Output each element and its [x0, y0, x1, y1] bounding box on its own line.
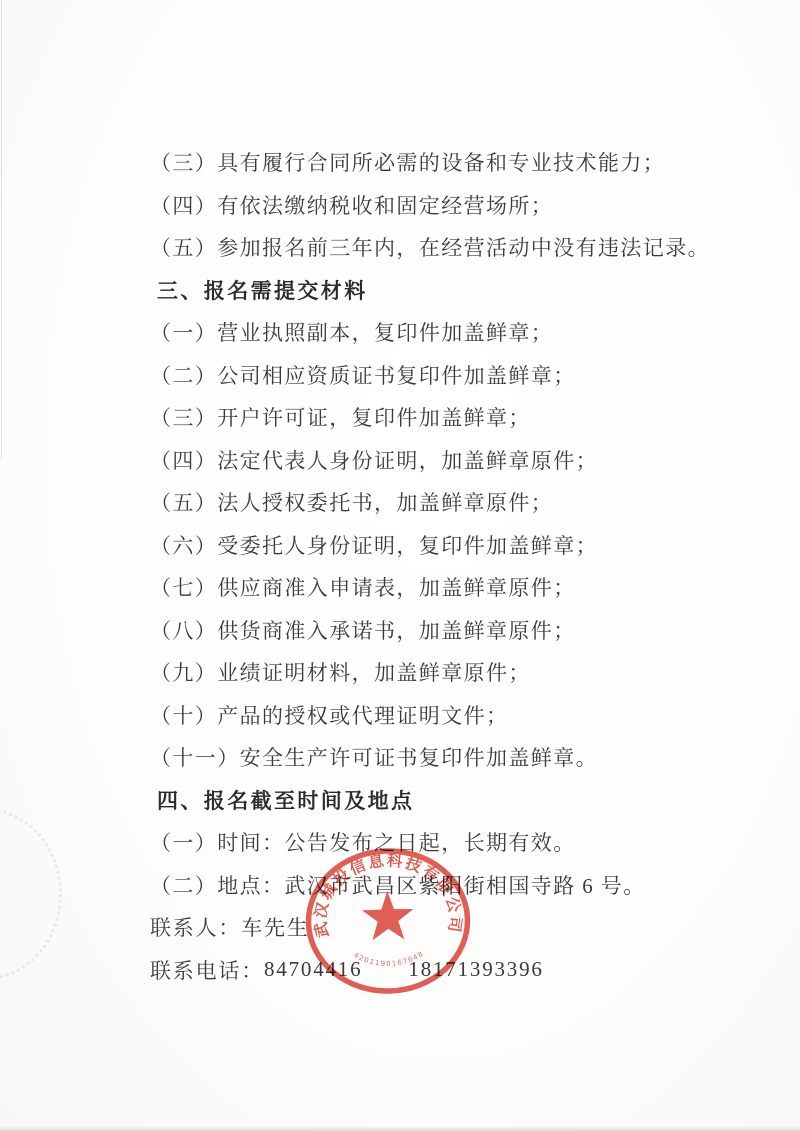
- list-item: （三）开户许可证，复印件加盖鲜章；: [150, 396, 790, 439]
- list-item: （七）供应商准入申请表，加盖鲜章原件；: [150, 566, 790, 609]
- contact-phone-label: 联系电话：: [150, 955, 264, 985]
- svg-text:4201190167648: 4201190167648: [352, 949, 426, 969]
- seal-star-icon: [362, 890, 415, 940]
- official-red-seal: 武汉城投信息科技有限公司 4201190167648: [300, 843, 476, 999]
- scanned-document-page: （三）具有履行合同所必需的设备和专业技术能力； （四）有依法缴纳税收和固定经营场…: [0, 0, 800, 1131]
- list-item: （五）法人授权委托书，加盖鲜章原件；: [150, 481, 790, 524]
- scan-edge-artifact: [0, 1126, 800, 1131]
- list-item: （十一）安全生产许可证书复印件加盖鲜章。: [150, 736, 790, 779]
- list-item: （三）具有履行合同所必需的设备和专业技术能力；: [150, 141, 790, 184]
- list-item: （一）营业执照副本，复印件加盖鲜章；: [150, 311, 790, 354]
- list-item: （十）产品的授权或代理证明文件；: [150, 694, 790, 737]
- seal-registration-code: 4201190167648: [352, 949, 426, 969]
- list-item: （二）公司相应资质证书复印件加盖鲜章；: [150, 354, 790, 397]
- seal-graphic: 武汉城投信息科技有限公司 4201190167648: [300, 843, 476, 999]
- list-item: （九）业绩证明材料，加盖鲜章原件；: [150, 651, 790, 694]
- list-item: （四）有依法缴纳税收和固定经营场所；: [150, 184, 790, 227]
- list-item: （四）法定代表人身份证明，加盖鲜章原件；: [150, 439, 790, 482]
- section-heading-deadline: 四、报名截至时间及地点: [150, 779, 790, 822]
- section-heading-materials: 三、报名需提交材料: [150, 269, 790, 312]
- faint-partial-seal: [0, 808, 62, 980]
- list-item: （五）参加报名前三年内，在经营活动中没有违法记录。: [150, 226, 790, 269]
- list-item: （六）受委托人身份证明，复印件加盖鲜章；: [150, 524, 790, 567]
- scan-edge-artifact: [1, 0, 2, 460]
- list-item: （八）供货商准入承诺书，加盖鲜章原件；: [150, 609, 790, 652]
